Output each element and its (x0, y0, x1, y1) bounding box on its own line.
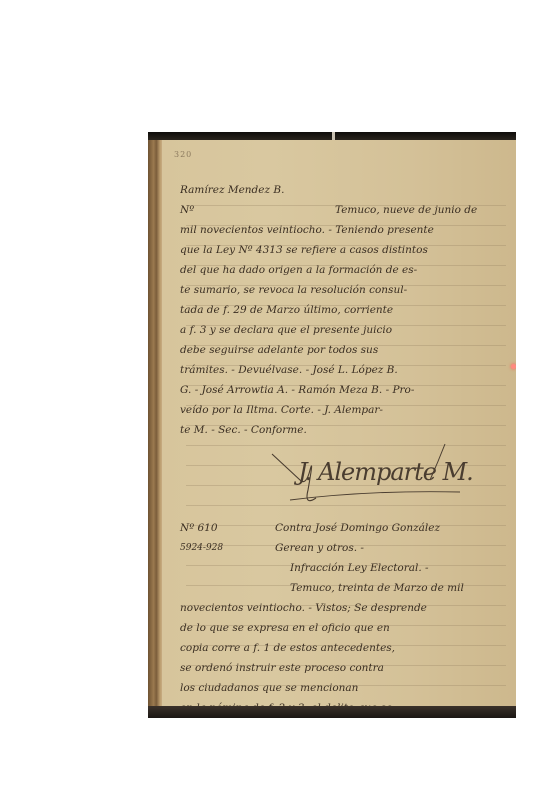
book-seam (332, 132, 335, 140)
text-line: a f. 3 y se declara que el presente juic… (180, 320, 504, 340)
text-line: te sumario, se revoca la resolución cons… (180, 280, 504, 300)
text-line: G. - José Arrowtia A. - Ramón Meza B. - … (180, 380, 504, 400)
text-line: copia corre a f. 1 de estos antecedentes… (180, 638, 504, 658)
laser-dot (511, 364, 516, 369)
margin-mark: Nº (180, 200, 275, 220)
text-line: se ordenó instruir este proceso contra (180, 658, 504, 678)
page-number: 320 (174, 150, 192, 159)
book-bottom-shadow (148, 706, 516, 718)
text-line: te M. - Sec. - Conforme. (180, 420, 504, 440)
entry-header-row: Nº 610 Contra José Domingo González (180, 518, 504, 538)
entry-parties: Gerean y otros. - (275, 538, 364, 558)
text-line: Temuco, nueve de junio de (275, 200, 477, 220)
text-line: mil novecientos veintiocho. - Teniendo p… (180, 220, 504, 240)
entry-subject: Infracción Ley Electoral. - (180, 558, 504, 578)
text-line: veído por la Iltma. Corte. - J. Alempar- (180, 400, 504, 420)
book-top-shadow (148, 132, 516, 140)
text-line: debe seguirse adelante por todos sus (180, 340, 504, 360)
entry-parties: Contra José Domingo González (275, 518, 440, 538)
text-line: del que ha dado origen a la formación de… (180, 260, 504, 280)
text-line: que la Ley Nº 4313 se refiere a casos di… (180, 240, 504, 260)
handwritten-text: Ramírez Mendez B. Nº Temuco, nueve de ju… (180, 180, 504, 718)
entry-first-line: Nº Temuco, nueve de junio de (180, 200, 504, 220)
text-line: novecientos veintiocho. - Vistos; Se des… (180, 598, 504, 618)
page-edge (148, 140, 162, 706)
entry-header-row: 5924-928 Gerean y otros. - (180, 538, 504, 558)
text-line: los ciudadanos que se mencionan (180, 678, 504, 698)
entry-number: Nº 610 (180, 518, 275, 538)
text-line: Temuco, treinta de Marzo de mil (180, 578, 504, 598)
text-line: tada de f. 29 de Marzo último, corriente (180, 300, 504, 320)
signature: J. Alemparte M. (180, 440, 504, 518)
file-reference: 5924-928 (180, 538, 275, 558)
document-photo: 320 Ramírez Mendez B. Nº Temuco, nueve d… (148, 132, 516, 718)
entry-heading: Ramírez Mendez B. (180, 180, 504, 200)
ledger-page: 320 Ramírez Mendez B. Nº Temuco, nueve d… (162, 140, 516, 706)
signature-text: J. Alemparte M. (298, 462, 473, 482)
text-line: de lo que se expresa en el oficio que en (180, 618, 504, 638)
text-line: trámites. - Devuélvase. - José L. López … (180, 360, 504, 380)
